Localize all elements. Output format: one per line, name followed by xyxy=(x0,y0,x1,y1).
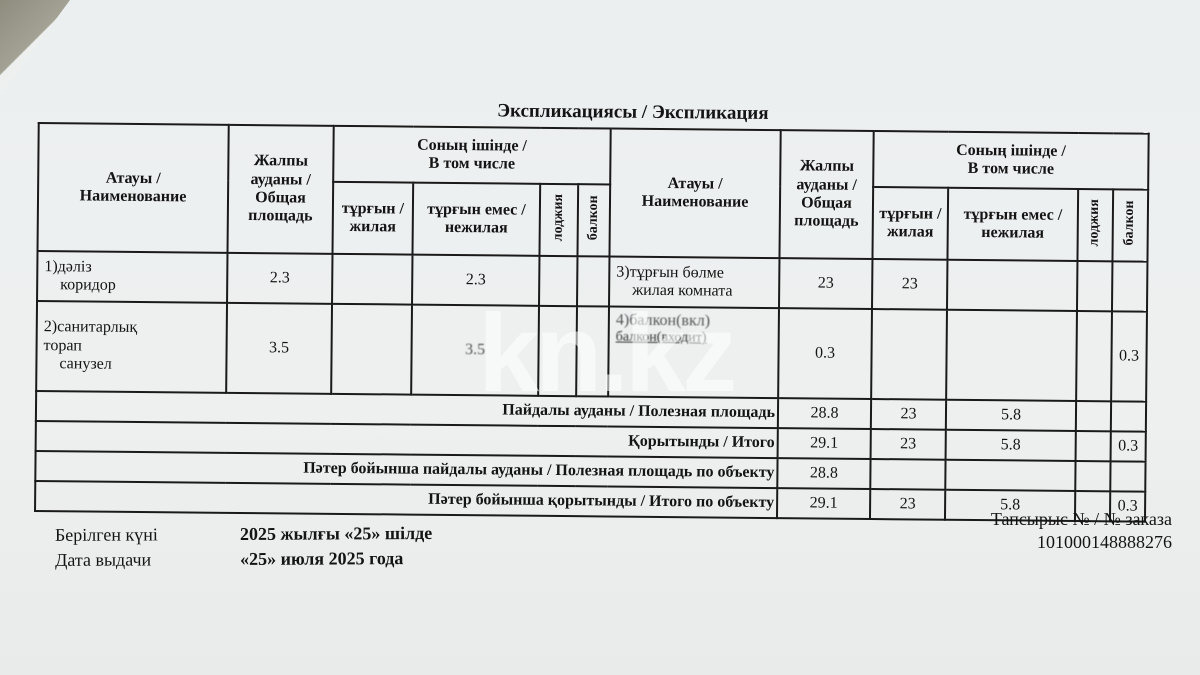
summary-residential: 23 xyxy=(870,489,945,520)
header-total-area-right: Жалпыауданы /Общаяплощадь xyxy=(779,130,873,259)
table-row: 2)санитарлықторапсанузел 3.5 3.5 4)балко… xyxy=(36,301,1147,402)
residential-value xyxy=(331,304,412,395)
header-row-1: Атауы /Наименование Жалпыауданы /Общаяпл… xyxy=(38,123,1148,190)
loggia-value xyxy=(1077,261,1112,311)
header-loggia-right: лоджия xyxy=(1077,189,1113,261)
total-area-value: 3.5 xyxy=(226,303,332,394)
loggia-value xyxy=(539,256,577,306)
summary-balcony: 0.3 xyxy=(1111,431,1146,461)
header-residential-right: тұрғын /жилая xyxy=(872,187,948,260)
summary-label: Пәтер бойынша қорытынды / Итого по объек… xyxy=(35,481,777,518)
summary-total: 28.8 xyxy=(777,458,870,489)
issue-date-value-kz: 2025 жылғы «25» шілде xyxy=(240,523,432,545)
residential-value: 23 xyxy=(872,259,947,310)
residential-value xyxy=(332,254,412,305)
header-balcony-left: балкон xyxy=(577,184,610,256)
summary-balcony xyxy=(1110,461,1145,491)
issue-date-label-ru: Дата выдачи xyxy=(55,549,240,571)
balcony-value: 0.3 xyxy=(1111,311,1147,401)
summary-total: 28.8 xyxy=(778,398,871,429)
room-name: 3)тұрғын бөлмежилая комната xyxy=(609,256,779,308)
header-balcony-right: балкон xyxy=(1112,189,1148,261)
summary-total: 29.1 xyxy=(778,428,871,459)
non-residential-value: 3.5 xyxy=(411,305,539,396)
loggia-value xyxy=(538,306,577,396)
balcony-value xyxy=(577,256,609,306)
header-loggia-left: лоджия xyxy=(539,184,578,256)
total-area-value: 23 xyxy=(779,258,872,309)
header-non-residential-right: тұрғын емес /нежилая xyxy=(947,188,1078,261)
order-block: Тапсырыс № / № заказа 101000148888276 xyxy=(991,508,1172,555)
residential-value xyxy=(871,309,947,400)
header-total-area-left: Жалпыауданы /Общаяплощадь xyxy=(228,125,334,254)
total-area-value: 2.3 xyxy=(227,253,332,304)
balcony-value xyxy=(576,306,609,396)
summary-non-residential xyxy=(945,460,1075,491)
room-name: 4)балкон(вкл)балкон(входит) xyxy=(608,306,779,398)
summary-loggia xyxy=(1075,461,1110,491)
non-residential-value xyxy=(947,260,1077,311)
header-including-left: Соның ішінде /В том числе xyxy=(333,126,611,185)
header-name-left: Атауы /Наименование xyxy=(38,123,229,253)
non-residential-value: 2.3 xyxy=(412,255,539,306)
summary-non-residential: 5.8 xyxy=(946,430,1076,461)
balcony-value xyxy=(1112,261,1147,311)
summary-balcony xyxy=(1111,401,1146,431)
issue-date-value-ru: «25» июля 2025 года xyxy=(240,548,403,570)
header-non-residential-left: тұрғын емес /нежилая xyxy=(412,183,540,256)
order-label: Тапсырыс № / № заказа xyxy=(991,508,1172,531)
summary-residential: 23 xyxy=(871,399,946,430)
header-including-right: Соның ішінде /В том числе xyxy=(873,131,1149,190)
total-area-value: 0.3 xyxy=(778,308,872,399)
issue-date-label-kz: Берілген күні xyxy=(55,524,240,546)
explication-section: Экспликациясы / Экспликация Атауы /Наиме… xyxy=(34,96,1188,523)
room-name: 2)санитарлықторапсанузел xyxy=(36,301,227,393)
summary-residential: 23 xyxy=(871,429,946,460)
loggia-value xyxy=(1076,311,1112,401)
non-residential-value xyxy=(946,310,1077,401)
summary-residential xyxy=(870,459,945,490)
header-residential-left: тұрғын /жилая xyxy=(332,182,413,255)
summary-total: 29.1 xyxy=(777,488,870,519)
summary-non-residential: 5.8 xyxy=(946,400,1076,431)
header-name-right: Атауы /Наименование xyxy=(609,128,780,258)
room-name: 1)дәлізкоридор xyxy=(37,251,227,303)
explication-table: Атауы /Наименование Жалпыауданы /Общаяпл… xyxy=(34,122,1150,523)
summary-loggia xyxy=(1076,431,1111,461)
order-number: 101000148888276 xyxy=(991,531,1172,554)
summary-loggia xyxy=(1076,401,1111,431)
